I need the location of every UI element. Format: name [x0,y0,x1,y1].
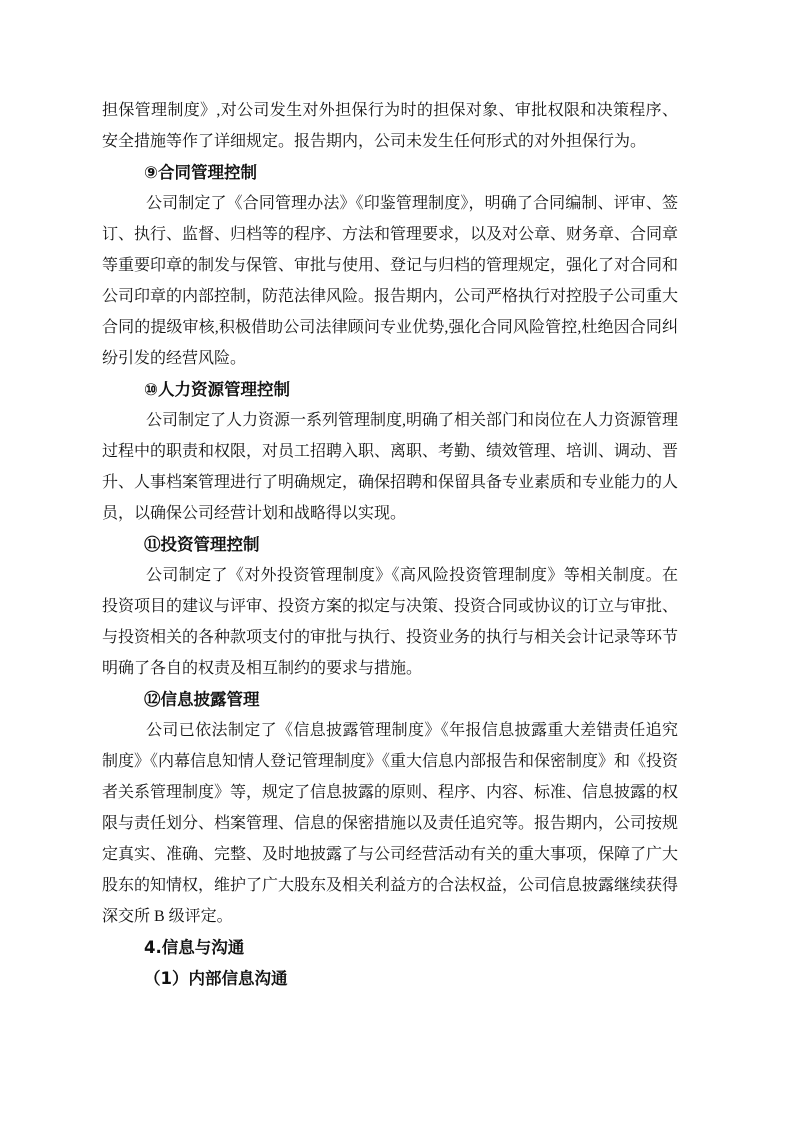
heading-contract-management-control: ⑨合同管理控制 [102,157,678,188]
paragraph-contract-management-control: 公司制定了《合同管理办法》《印鉴管理制度》，明确了合同编制、评审、签订、执行、监… [102,188,678,374]
paragraph-human-resources-management-control: 公司制定了人力资源一系列管理制度,明确了相关部门和岗位在人力资源管理过程中的职责… [102,405,678,529]
paragraph-information-disclosure-management: 公司已依法制定了《信息披露管理制度》《年报信息披露重大差错责任追究制度》《内幕信… [102,715,678,932]
heading-information-disclosure-management: ⑫信息披露管理 [102,684,678,715]
document-body: 担保管理制度》,对公司发生对外担保行为时的担保对象、审批权限和决策程序、安全措施… [102,95,678,994]
paragraph-investment-management-control: 公司制定了《对外投资管理制度》《高风险投资管理制度》等相关制度。在投资项目的建议… [102,560,678,684]
heading-human-resources-management-control: ⑩人力资源管理控制 [102,374,678,405]
document-page: 担保管理制度》,对公司发生对外担保行为时的担保对象、审批权限和决策程序、安全措施… [0,0,794,1122]
paragraph-external-guarantee-continuation: 担保管理制度》,对公司发生对外担保行为时的担保对象、审批权限和决策程序、安全措施… [102,95,678,157]
heading-investment-management-control: ⑪投资管理控制 [102,529,678,560]
heading-internal-information-communication: （1）内部信息沟通 [102,963,678,994]
heading-information-and-communication: 4.信息与沟通 [102,932,678,963]
